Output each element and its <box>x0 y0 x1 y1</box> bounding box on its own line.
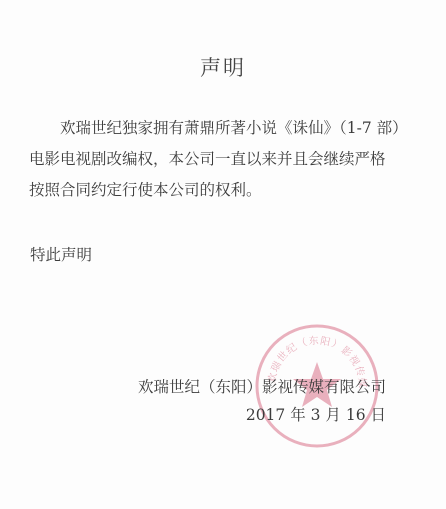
company-signature: 欢瑞世纪（东阳）影视传媒有限公司 <box>138 375 386 397</box>
document-title: 声明 <box>0 52 446 82</box>
paragraph-line: 电影电视剧改编权，本公司一直以来并且会继续严格 <box>29 144 419 175</box>
closing-statement: 特此声明 <box>30 243 92 265</box>
paragraph-line: 欢瑞世纪独家拥有萧鼎所著小说《诛仙》（1-7 部） <box>29 113 419 144</box>
statement-paragraph: 欢瑞世纪独家拥有萧鼎所著小说《诛仙》（1-7 部） 电影电视剧改编权，本公司一直… <box>29 113 419 206</box>
signature-date: 2017 年 3 月 16 日 <box>246 403 386 425</box>
paragraph-line: 按照合同约定行使本公司的权利。 <box>29 175 419 206</box>
